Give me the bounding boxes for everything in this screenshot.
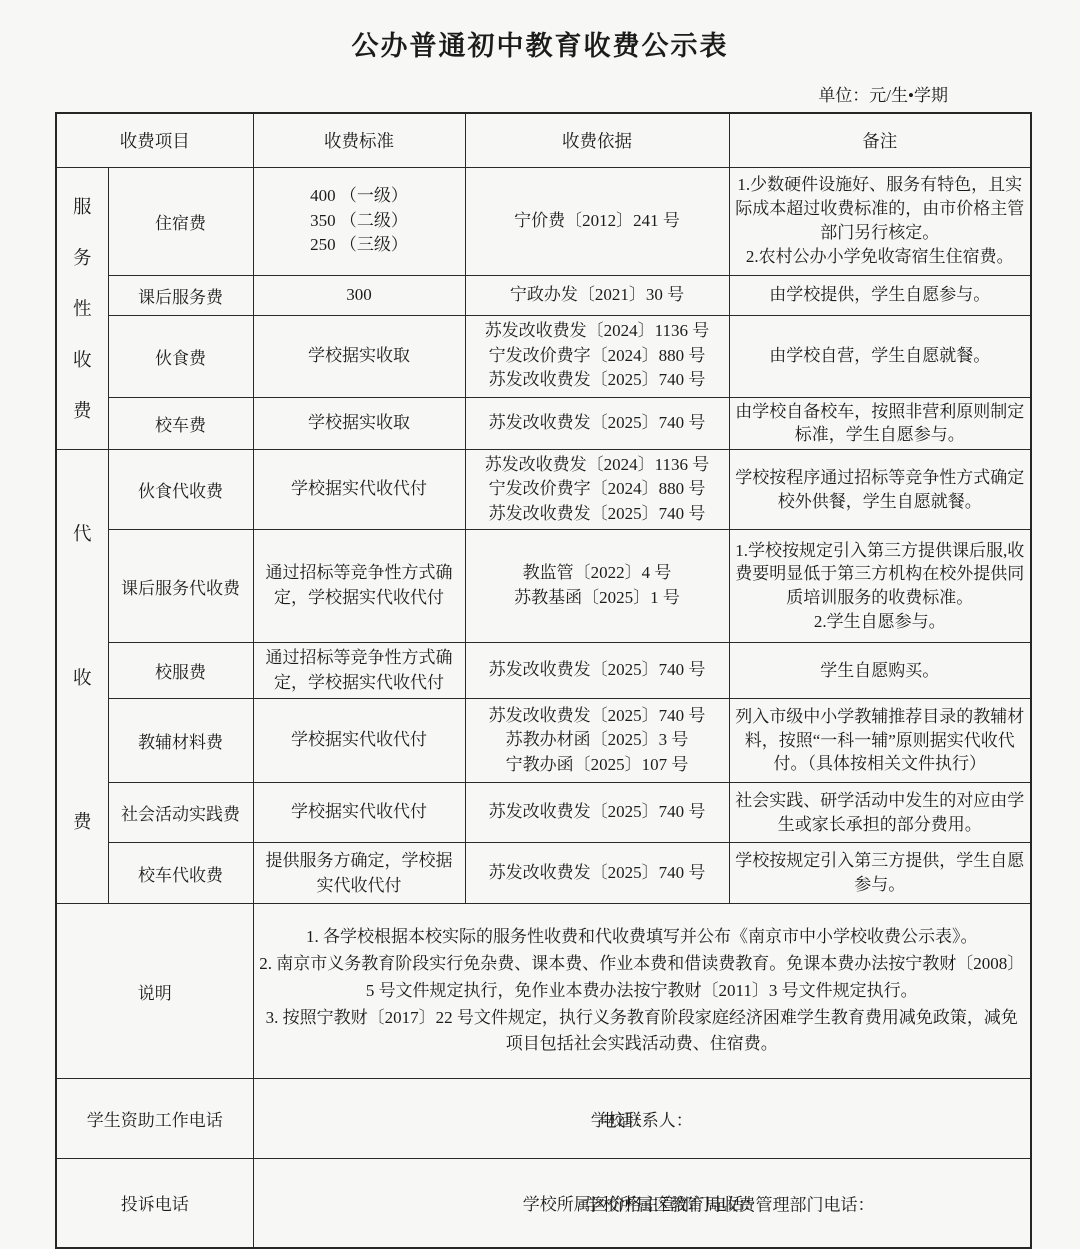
fee-remark: 社会实践、研学活动中发生的对应由学生或家长承担的部分费用。 [729,783,1031,843]
fee-standard: 学校据实收取 [253,315,465,397]
fee-remark: 学校按程序通过招标等竞争性方式确定校外供餐，学生自愿就餐。 [729,450,1031,530]
fee-item-name: 校车费 [108,397,253,450]
table-row: 社会活动实践费 学校据实代收代付 苏发改收费发〔2025〕740 号 社会实践、… [56,783,1031,843]
aid-phone-row: 学生资助工作电话 学校联系人： 电话： [56,1079,1031,1159]
phone-label: 电话： [600,1106,651,1131]
category-services-label: 服务性收费 [62,193,103,423]
fee-remark: 由学校提供，学生自愿参与。 [729,275,1031,315]
col-header-basis: 收费依据 [465,113,729,167]
col-header-standard: 收费标准 [253,113,465,167]
fee-item-name: 社会活动实践费 [108,783,253,843]
fee-remark: 1.学校按规定引入第三方提供课后服,收费要明显低于第三方机构在校外提供同质培训服… [729,530,1031,643]
table-row: 课后服务代收费 通过招标等竞争性方式确定，学校据实代收代付 教监管〔2022〕4… [56,530,1031,643]
complaint-phone-row: 投诉电话 学校所属区价格主管部门电话： 学校所属区教育局收费管理部门电话： [56,1159,1031,1248]
category-services: 服务性收费 [56,167,108,450]
fee-item-name: 伙食代收费 [108,450,253,530]
fee-basis: 苏发改收费发〔2025〕740 号 苏教办材函〔2025〕3 号 宁教办函〔20… [465,699,729,783]
complaint-phone-label: 投诉电话 [56,1159,253,1248]
fee-basis: 宁政办发〔2021〕30 号 [465,275,729,315]
fee-item-name: 校车代收费 [108,843,253,904]
category-collected-label: 代收费 [62,520,103,834]
fee-item-name: 伙食费 [108,315,253,397]
category-collected-fees: 代收费 [56,450,108,904]
fee-standard: 学校据实代收代付 [253,699,465,783]
fee-remark: 由学校自营，学生自愿就餐。 [729,315,1031,397]
table-row: 代收费 伙食代收费 学校据实代收代付 苏发改收费发〔2024〕1136 号 宁发… [56,450,1031,530]
fee-remark: 学生自愿购买。 [729,643,1031,699]
fee-standard: 400 （一级） 350 （二级） 250 （三级） [253,167,465,275]
complaint-phone-content: 学校所属区价格主管部门电话： 学校所属区教育局收费管理部门电话： [253,1159,1031,1248]
page-title: 公办普通初中教育收费公示表 [0,24,1080,63]
aid-phone-label: 学生资助工作电话 [56,1079,253,1159]
fee-basis: 苏发改收费发〔2024〕1136 号 宁发改价费字〔2024〕880 号 苏发改… [465,315,729,397]
fee-basis: 苏发改收费发〔2025〕740 号 [465,397,729,450]
table-row: 教辅材料费 学校据实代收代付 苏发改收费发〔2025〕740 号 苏教办材函〔2… [56,699,1031,783]
fee-item-name: 住宿费 [108,167,253,275]
edu-dept-phone-label: 学校所属区教育局收费管理部门电话： [586,1190,875,1215]
fee-publicity-document: 公办普通初中教育收费公示表 单位：元/生•学期 收费项目 收费标准 收费依据 备… [0,0,1080,1249]
fee-basis: 苏发改收费发〔2025〕740 号 [465,643,729,699]
table-header-row: 收费项目 收费标准 收费依据 备注 [56,113,1031,167]
col-header-remark: 备注 [729,113,1031,167]
fee-item-name: 校服费 [108,643,253,699]
table-row: 校服费 通过招标等竞争性方式确定，学校据实代收代付 苏发改收费发〔2025〕74… [56,643,1031,699]
table-row: 伙食费 学校据实收取 苏发改收费发〔2024〕1136 号 宁发改价费字〔202… [56,315,1031,397]
fee-table: 收费项目 收费标准 收费依据 备注 服务性收费 住宿费 400 （一级） 350… [55,112,1032,1249]
note-line: 2. 南京市义务教育阶段实行免杂费、课本费、作业本费和借读费教育。免课本费办法按… [259,951,1026,1005]
fee-basis: 苏发改收费发〔2024〕1136 号 宁发改价费字〔2024〕880 号 苏发改… [465,450,729,530]
table-row: 服务性收费 住宿费 400 （一级） 350 （二级） 250 （三级） 宁价费… [56,167,1031,275]
notes-row: 说明 1. 各学校根据本校实际的服务性收费和代收费填写并公布《南京市中小学校收费… [56,904,1031,1079]
fee-basis: 苏发改收费发〔2025〕740 号 [465,783,729,843]
fee-standard: 通过招标等竞争性方式确定，学校据实代收代付 [253,643,465,699]
fee-item-name: 教辅材料费 [108,699,253,783]
fee-basis: 苏发改收费发〔2025〕740 号 [465,843,729,904]
table-row: 校车代收费 提供服务方确定，学校据实代收代付 苏发改收费发〔2025〕740 号… [56,843,1031,904]
fee-standard: 通过招标等竞争性方式确定，学校据实代收代付 [253,530,465,643]
note-line: 1. 各学校根据本校实际的服务性收费和代收费填写并公布《南京市中小学校收费公示表… [259,924,1026,951]
fee-standard: 学校据实代收代付 [253,450,465,530]
note-line: 3. 按照宁教财〔2017〕22 号文件规定，执行义务教育阶段家庭经济困难学生教… [259,1005,1026,1059]
unit-note: 单位：元/生•学期 [0,81,1080,106]
fee-remark: 学校按规定引入第三方提供，学生自愿参与。 [729,843,1031,904]
table-row: 校车费 学校据实收取 苏发改收费发〔2025〕740 号 由学校自备校车，按照非… [56,397,1031,450]
fee-standard: 提供服务方确定，学校据实代收代付 [253,843,465,904]
fee-remark: 由学校自备校车，按照非营利原则制定标准，学生自愿参与。 [729,397,1031,450]
fee-standard: 300 [253,275,465,315]
aid-phone-content: 学校联系人： 电话： [253,1079,1031,1159]
fee-remark: 1.少数硬件设施好、服务有特色，且实际成本超过收费标准的，由市价格主管部门另行核… [729,167,1031,275]
fee-basis: 宁价费〔2012〕241 号 [465,167,729,275]
fee-standard: 学校据实代收代付 [253,783,465,843]
notes-content: 1. 各学校根据本校实际的服务性收费和代收费填写并公布《南京市中小学校收费公示表… [253,904,1031,1079]
fee-item-name: 课后服务费 [108,275,253,315]
col-header-item: 收费项目 [56,113,253,167]
table-row: 课后服务费 300 宁政办发〔2021〕30 号 由学校提供，学生自愿参与。 [56,275,1031,315]
fee-remark: 列入市级中小学教辅推荐目录的教辅材料，按照“一科一辅”原则据实代收代付。（具体按… [729,699,1031,783]
fee-basis: 教监管〔2022〕4 号 苏教基函〔2025〕1 号 [465,530,729,643]
fee-standard: 学校据实收取 [253,397,465,450]
notes-label: 说明 [56,904,253,1079]
fee-item-name: 课后服务代收费 [108,530,253,643]
